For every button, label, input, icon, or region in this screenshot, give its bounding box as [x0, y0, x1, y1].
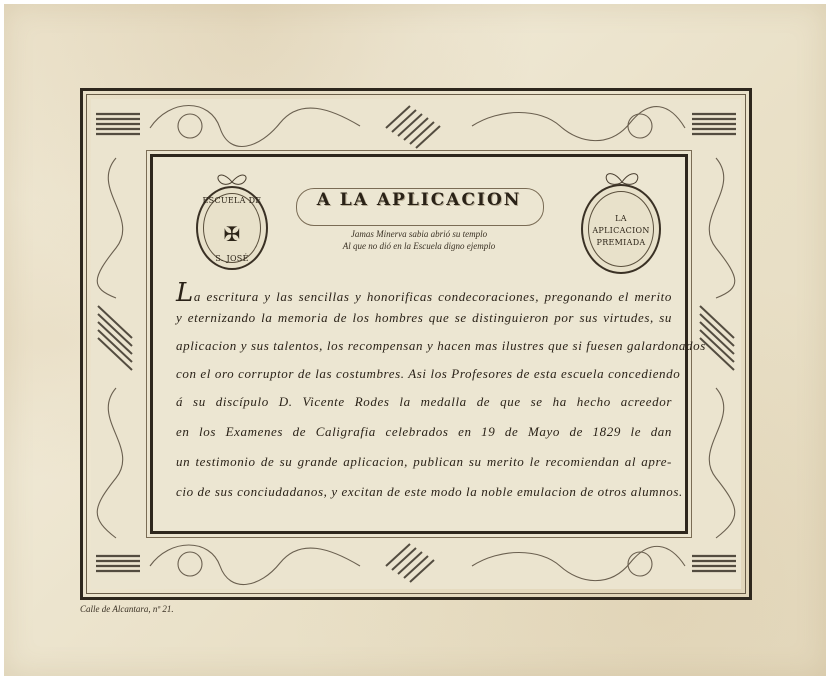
body-line-6: en los Examenes de Caligrafia celebrados… — [176, 424, 672, 440]
medallion-line-2: APLICACION — [583, 226, 659, 235]
school-seal: ESCUELA DE ✠ S. JOSÉ — [196, 186, 268, 270]
motto-line-1: Jamas Minerva sabia abrió su templo — [296, 229, 542, 239]
certificate-title: A LA APLICACION — [296, 190, 542, 210]
motto-line-2: Al que no dió en la Escuela digno ejempl… — [296, 241, 542, 251]
body-line-8: cio de sus conciudadanos, y excitan de e… — [176, 484, 672, 500]
seal-text-bottom: S. JOSÉ — [198, 254, 266, 263]
dropcap: L — [176, 278, 194, 308]
medallion-line-3: PREMIADA — [583, 238, 659, 247]
ribbon-bow-icon — [212, 168, 252, 190]
award-medallion: LA APLICACION PREMIADA — [581, 184, 661, 274]
maltese-cross-icon: ✠ — [198, 222, 266, 246]
body-line-1: La escritura y las sencillas y honorific… — [176, 280, 672, 306]
body-line-2: y eternizando la memoria de los hombres … — [176, 310, 672, 326]
seal-text-top: ESCUELA DE — [198, 196, 266, 205]
ribbon-bow-icon — [600, 166, 644, 190]
printer-imprint: Calle de Alcantara, nº 21. — [80, 604, 174, 614]
body-line-4: con el oro corruptor de las costumbres. … — [176, 366, 672, 382]
medallion-line-1: LA — [583, 214, 659, 223]
body-line-3: aplicacion y sus talentos, los recompens… — [176, 338, 672, 354]
body-line-5: á su discípulo D. Vicente Rodes la medal… — [176, 394, 672, 410]
body-line-7: un testimonio de su grande aplicacion, p… — [176, 454, 672, 470]
